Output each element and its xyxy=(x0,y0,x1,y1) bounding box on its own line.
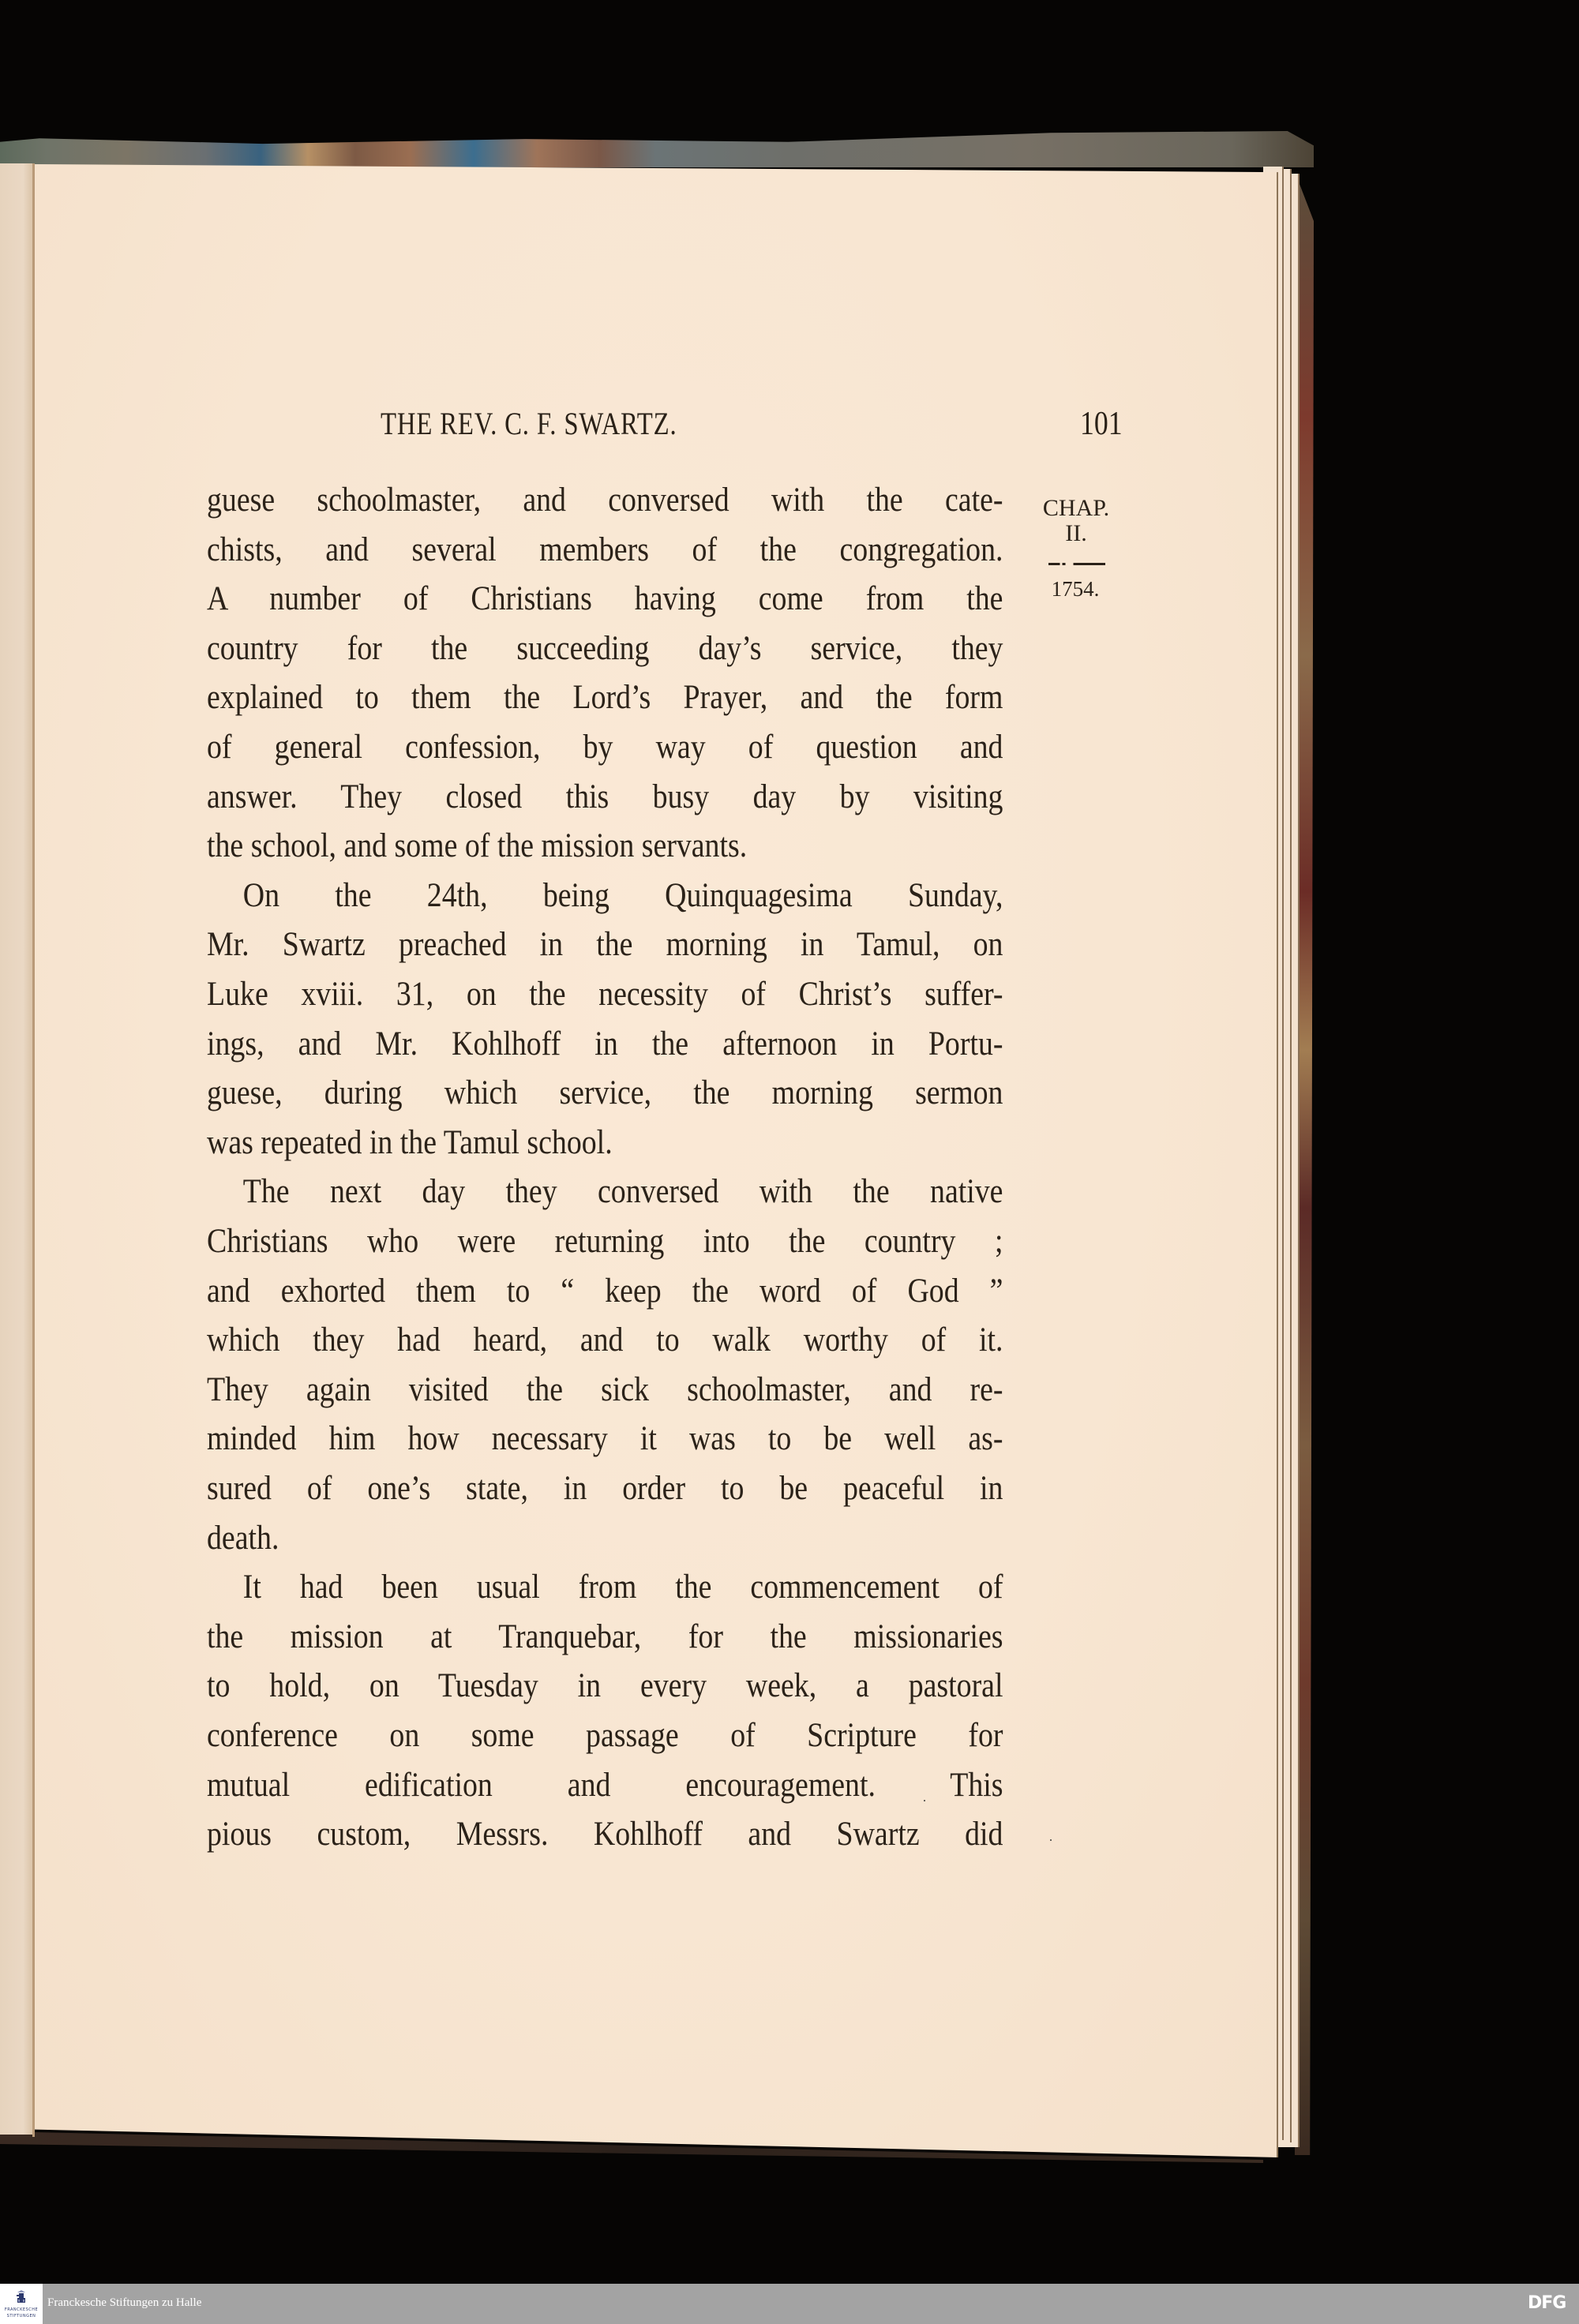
logo-text-line2: STIFTUNGEN xyxy=(0,2314,43,2318)
institution-name: Franckesche Stiftungen zu Halle xyxy=(47,2295,201,2311)
text-line: It had been usual from the commencement … xyxy=(207,1563,1003,1612)
scan-speck xyxy=(924,1800,925,1801)
text-line: minded him how necessary it was to be we… xyxy=(207,1415,1003,1464)
text-line: answer. They closed this busy day by vis… xyxy=(207,773,1003,822)
facing-page-left xyxy=(0,163,33,2135)
text-line: guese, during which service, the morning… xyxy=(207,1069,1003,1118)
text-line: the mission at Tranquebar, for the missi… xyxy=(207,1613,1003,1662)
text-line: Luke xviii. 31, on the necessity of Chri… xyxy=(207,970,1003,1019)
text-line: A number of Christians having come from … xyxy=(207,575,1003,624)
text-line: sured of one’s state, in order to be pea… xyxy=(207,1464,1003,1513)
text-line: which they had heard, and to walk worthy… xyxy=(207,1316,1003,1365)
text-line: conference on some passage of Scripture … xyxy=(207,1711,1003,1760)
text-line: pious custom, Messrs. Kohlhoff and Swart… xyxy=(207,1810,1003,1859)
footer-bar: FRANCKESCHE STIFTUNGEN Franckesche Stift… xyxy=(0,2284,1579,2324)
logo-text-line1: FRANCKESCHE xyxy=(0,2307,43,2312)
margin-note-chapter-label: CHAP. xyxy=(1033,494,1120,523)
running-head: THE REV. C. F. SWARTZ. xyxy=(381,407,677,441)
franckesche-stiftungen-logo-icon xyxy=(16,2290,27,2304)
text-line: chists, and several members of the congr… xyxy=(207,526,1003,575)
text-line: The next day they conversed with the nat… xyxy=(207,1168,1003,1216)
text-line: was repeated in the Tamul school. xyxy=(207,1119,1003,1168)
text-line: guese schoolmaster, and conversed with t… xyxy=(207,476,1003,525)
text-line: mutual edification and encouragement. Th… xyxy=(207,1761,1003,1810)
margin-note-year: 1754. xyxy=(1036,576,1115,602)
text-line: to hold, on Tuesday in every week, a pas… xyxy=(207,1662,1003,1711)
text-line: Mr. Swartz preached in the morning in Ta… xyxy=(207,920,1003,969)
text-line: On the 24th, being Quinquagesima Sunday, xyxy=(207,871,1003,920)
page-gutter xyxy=(32,163,35,2137)
page-number: 101 xyxy=(1080,407,1123,441)
text-line: of general confession, by way of questio… xyxy=(207,723,1003,772)
institution-logo[interactable]: FRANCKESCHE STIFTUNGEN xyxy=(0,2284,43,2324)
text-line: Christians who were returning into the c… xyxy=(207,1217,1003,1266)
margin-note-rule xyxy=(1048,563,1105,565)
text-line: and exhorted them to “ keep the word of … xyxy=(207,1267,1003,1316)
text-line: ings, and Mr. Kohlhoff in the afternoon … xyxy=(207,1020,1003,1069)
margin-note-chapter-number: II. xyxy=(1033,519,1120,548)
dfg-logo[interactable]: DFG xyxy=(1528,2294,1566,2313)
text-line: They again visited the sick schoolmaster… xyxy=(207,1366,1003,1415)
text-line: the school, and some of the mission serv… xyxy=(207,822,1003,871)
text-line: death. xyxy=(207,1514,1003,1563)
scan-speck xyxy=(1050,1839,1052,1841)
text-line: explained to them the Lord’s Prayer, and… xyxy=(207,673,1003,722)
text-line: country for the succeeding day’s service… xyxy=(207,624,1003,673)
